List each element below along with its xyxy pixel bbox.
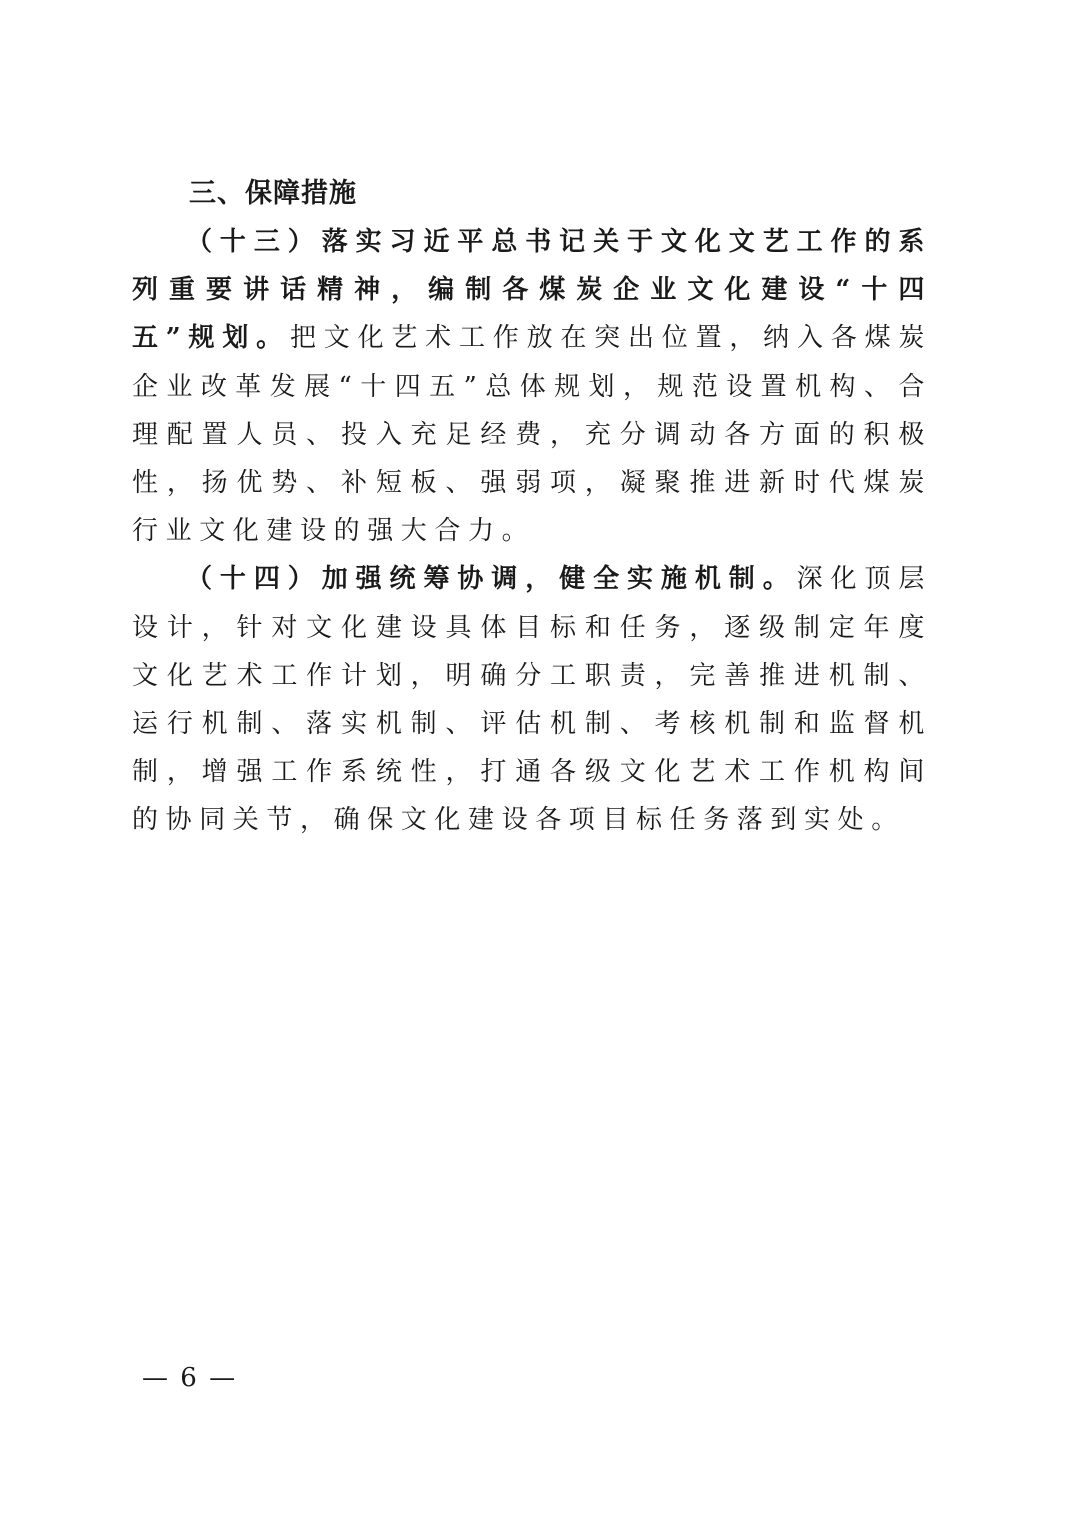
paragraph-14: （十四）加强统筹协调，健全实施机制。深化顶层设计，针对文化建设具体目标和任务，逐… — [132, 555, 932, 844]
page-number: — 6 — — [142, 1362, 237, 1394]
paragraph-14-lead: （十四）加强统筹协调，健全实施机制。 — [186, 564, 797, 594]
paragraph-14-body: 深化顶层设计，针对文化建设具体目标和任务，逐级制定年度文化艺术工作计划，明确分工… — [132, 564, 932, 835]
section-heading: 三、保障措施 — [132, 170, 932, 218]
paragraph-13-body: 把文化艺术工作放在突出位置，纳入各煤炭企业改革发展“十四五”总体规划，规范设置机… — [132, 323, 932, 546]
document-page: 三、保障措施 （十三）落实习近平总书记关于文化文艺工作的系列重要讲话精神，编制各… — [132, 170, 932, 845]
paragraph-13: （十三）落实习近平总书记关于文化文艺工作的系列重要讲话精神，编制各煤炭企业文化建… — [132, 218, 932, 555]
